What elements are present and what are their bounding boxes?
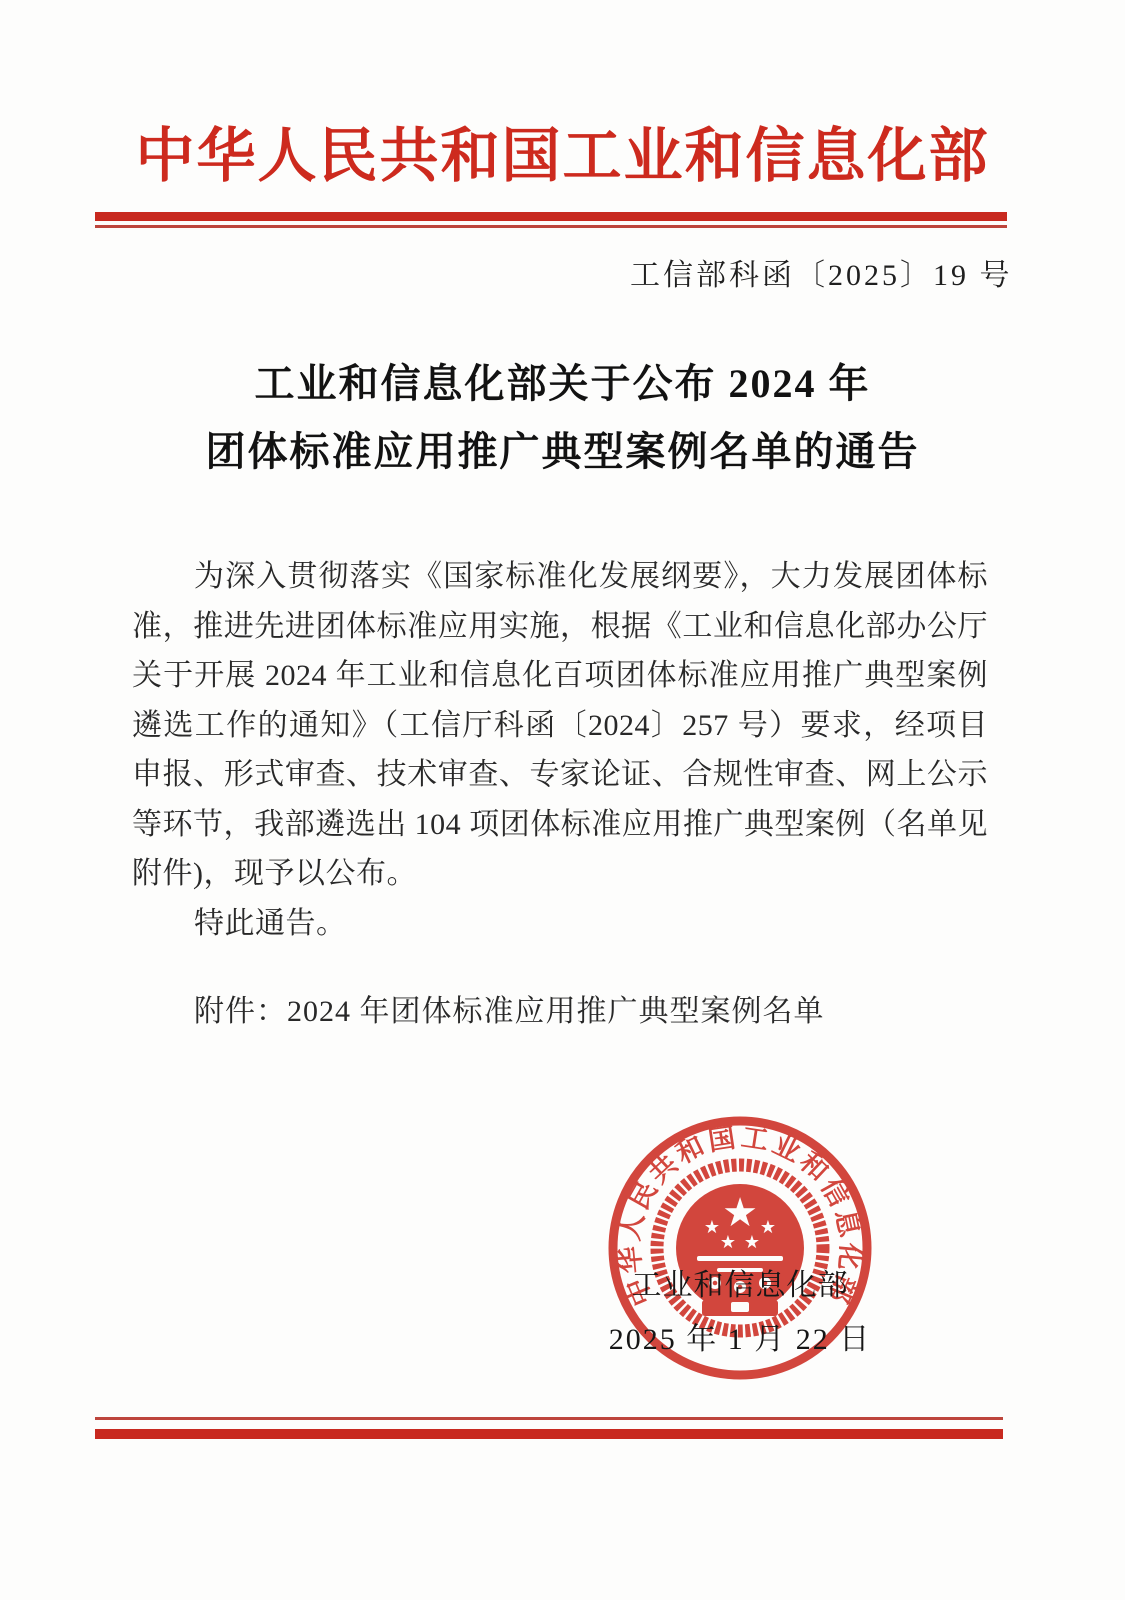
document-page: 中华人民共和国工业和信息化部 工信部科函〔2025〕19 号 工业和信息化部关于…: [0, 0, 1125, 1600]
body-paragraph: 为深入贯彻落实《国家标准化发展纲要》，大力发展团体标 准，推进先进团体标准应用实…: [132, 552, 988, 948]
body-line: 关于开展 2024 年工业和信息化百项团体标准应用推广典型案例: [132, 651, 988, 701]
body-line: 等环节，我部遴选出 104 项团体标准应用推广典型案例（名单见: [132, 800, 988, 850]
small-star-icon: ★: [744, 1232, 760, 1253]
body-line: 为深入贯彻落实《国家标准化发展纲要》，大力发展团体标: [132, 552, 988, 602]
small-star-icon: ★: [704, 1217, 720, 1238]
notice-title-line1: 工业和信息化部关于公布 2024 年: [0, 350, 1125, 418]
body-line: 附件)，现予以公布。: [132, 849, 988, 899]
letterhead-title: 中华人民共和国工业和信息化部: [0, 108, 1125, 193]
notice-title-line2: 团体标准应用推广典型案例名单的通告: [0, 418, 1125, 486]
notice-title: 工业和信息化部关于公布 2024 年 团体标准应用推广典型案例名单的通告: [0, 350, 1125, 486]
document-number: 工信部科函〔2025〕19 号: [630, 250, 1013, 294]
body-line: 遴选工作的通知》（工信厅科函〔2024〕257 号）要求，经项目: [132, 701, 988, 751]
letterhead-rule-thick: [95, 212, 1007, 221]
signature-date: 2025 年 1 月 22 日: [590, 1314, 890, 1358]
body-line: 申报、形式审查、技术审查、专家论证、合规性审查、网上公示: [132, 750, 988, 800]
signature-authority: 工业和信息化部: [600, 1260, 880, 1304]
small-star-icon: ★: [760, 1217, 776, 1238]
footer-rule-thick: [95, 1429, 1003, 1439]
footer-rule-thin: [95, 1417, 1003, 1420]
attachment-note: 附件：2024 年团体标准应用推广典型案例名单: [132, 986, 988, 1030]
big-star-icon: ★: [722, 1190, 758, 1236]
letterhead-rule-thin: [95, 225, 1007, 228]
national-emblem-icon: ★ ★ ★ ★ ★: [657, 1165, 823, 1331]
body-line: 准，推进先进团体标准应用实施，根据《工业和信息化部办公厅: [132, 602, 988, 652]
body-line-closing: 特此通告。: [132, 899, 988, 949]
small-star-icon: ★: [720, 1232, 736, 1253]
